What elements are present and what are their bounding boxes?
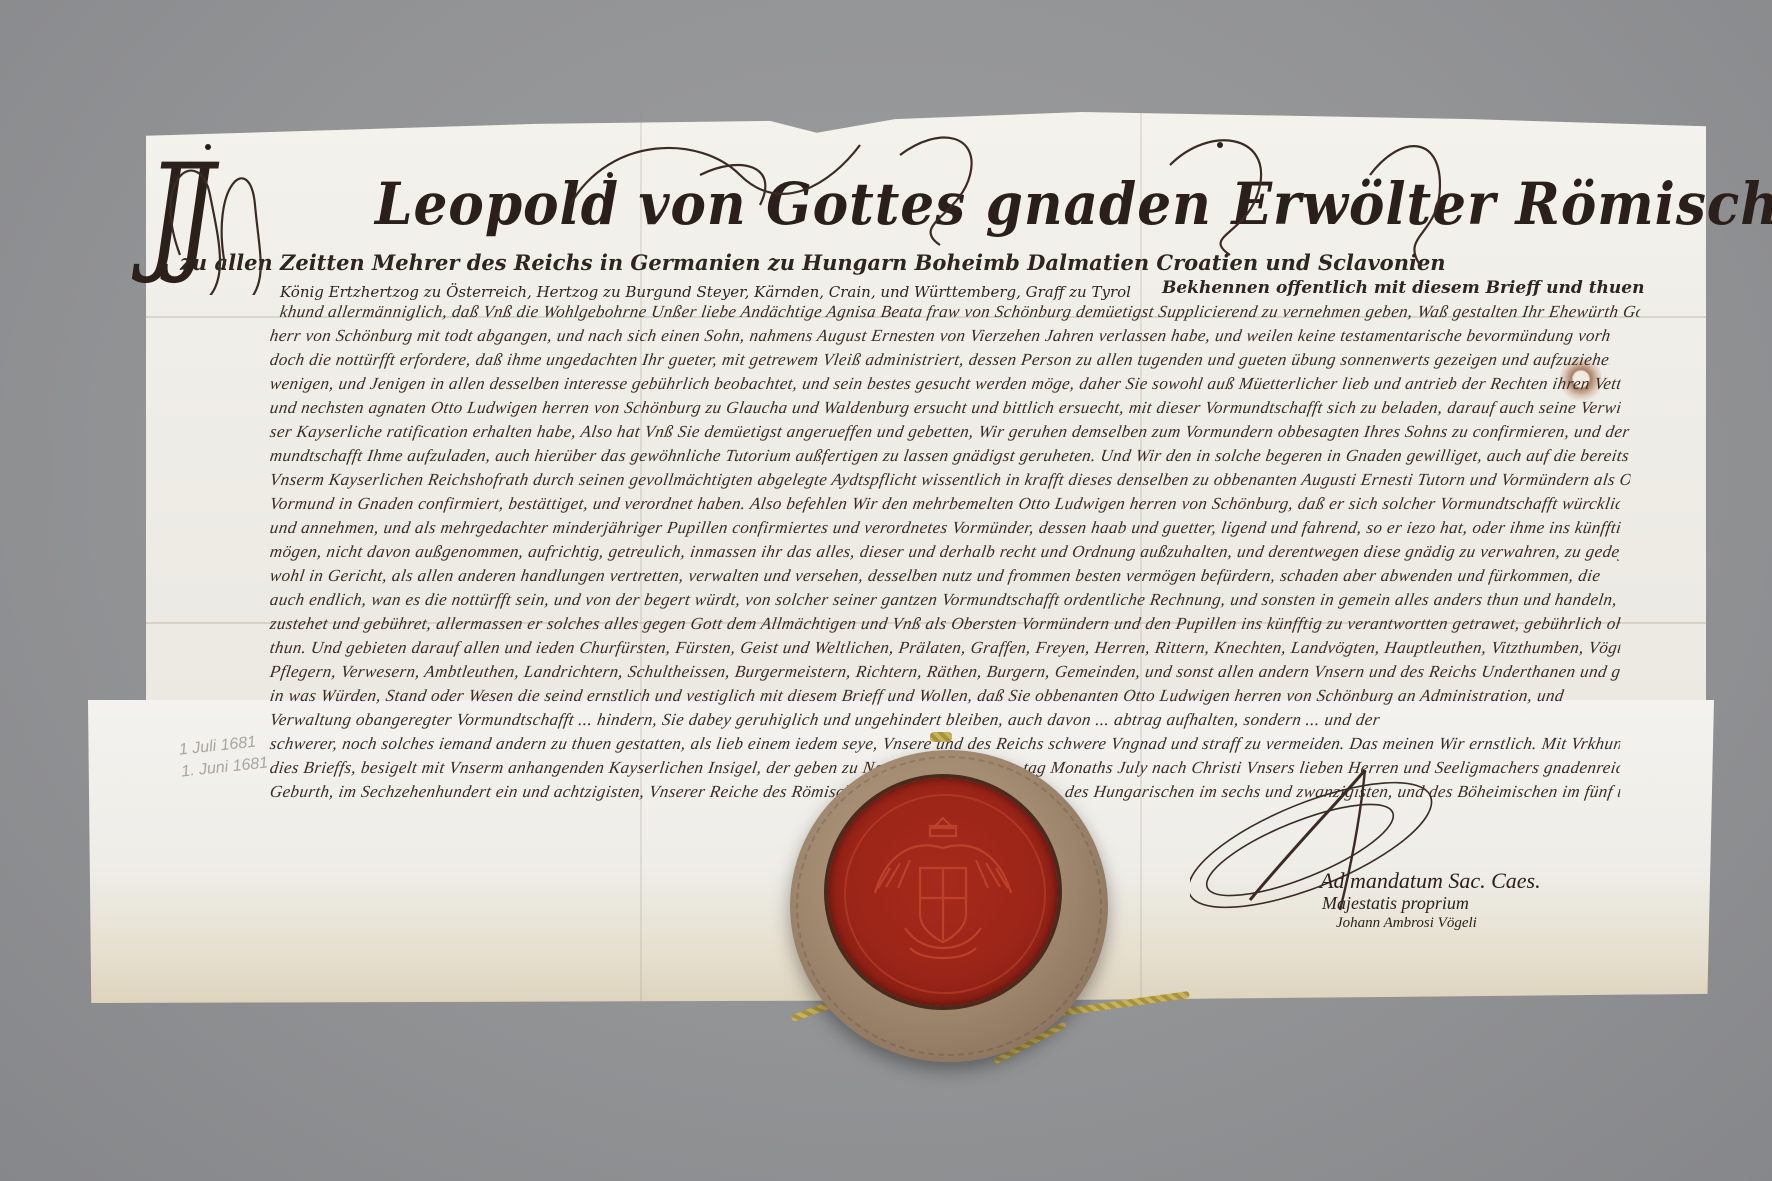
body-line: Verwaltung obangeregter Vormundtschafft … [269, 710, 1622, 730]
body-line: thun. Und gebieten darauf allen und iede… [269, 638, 1622, 658]
body-line: Vormund in Gnaden confirmiert, bestättig… [269, 494, 1622, 514]
body-line: und nechsten agnaten Otto Ludwigen herre… [269, 398, 1622, 418]
body-line: und annehmen, und als mehrgedachter mind… [269, 518, 1622, 538]
photo-stage: JJ Leopold von Gottes gnaden Erwölter Rö… [0, 0, 1772, 1181]
body-line: mögen, nicht davon außgenommen, aufricht… [269, 542, 1622, 562]
body-line: wenigen, und Jenigen in allen desselben … [269, 374, 1622, 394]
body-line: Pflegern, Verwesern, Ambtleuthen, Landri… [269, 662, 1622, 682]
body-line: ser Kayserliche ratification erhalten ha… [269, 422, 1632, 442]
double-eagle-emblem-icon [850, 798, 1036, 984]
signature-line-1: Ad mandatum Sac. Caes. [1320, 868, 1541, 894]
heading-flourish-icon [140, 115, 1700, 295]
seal-cord [930, 732, 952, 742]
body-line: khund allermänniglich, daß Vnß die Wohlg… [279, 302, 1642, 322]
body-line: mundtschafft Ihme aufzuladen, auch hierü… [269, 446, 1632, 466]
signature-line-3: Johann Ambrosi Vögeli [1336, 915, 1477, 932]
body-line: wohl in Gericht, als allen anderen handl… [269, 566, 1622, 586]
pencil-archival-notes: 1 Juli 1681 1. Juni 1681 [178, 731, 269, 784]
signature-line-2: Majestatis proprium [1322, 893, 1469, 914]
body-line: zustehet und gebühret, allermassen er so… [269, 614, 1622, 634]
body-line: in was Würden, Stand oder Wesen die sein… [269, 686, 1622, 706]
body-line: auch endlich, wan es die nottürfft sein,… [269, 590, 1622, 610]
body-line: Vnserm Kayserlichen Reichshofrath durch … [269, 470, 1632, 490]
body-line: doch die nottürfft erfordere, daß ihme u… [269, 350, 1612, 370]
body-line: herr von Schönburg mit todt abgangen, un… [269, 326, 1612, 346]
